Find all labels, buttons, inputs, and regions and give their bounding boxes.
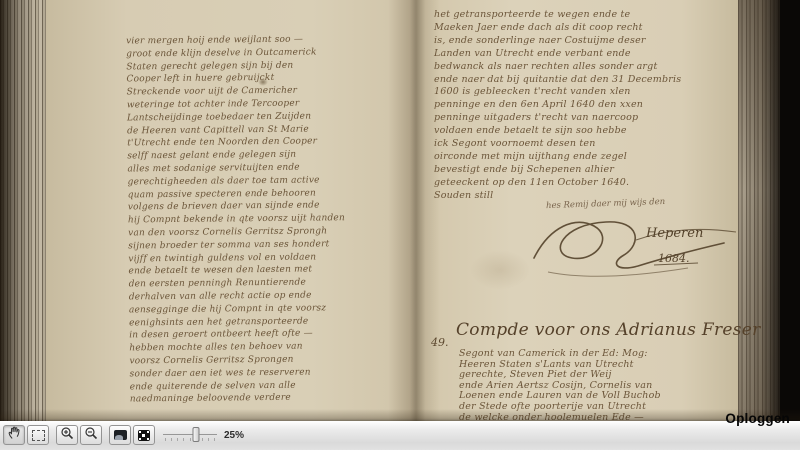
left-page-handwriting: vier mergen hoij ende weijlant soo —groo…	[126, 33, 402, 407]
book-left-fore-edge	[0, 0, 46, 421]
handwriting-line: geteeckent op den 11en October 1640.	[434, 177, 740, 190]
fit-icon	[138, 430, 150, 441]
handwriting-line: Segont van Camerick in der Ed: Mog:	[459, 349, 745, 360]
zoom-slider-thumb[interactable]	[193, 427, 200, 442]
snapshot-button[interactable]	[109, 425, 131, 445]
right-page-handwriting-lower: Segont van Camerick in der Ed: Mog:Heere…	[459, 349, 745, 423]
signature-year: 1684.	[658, 252, 690, 265]
handwriting-line: 1600 is gebleecken t'recht vanden xlen	[434, 86, 740, 99]
handwriting-line: oirconde met mijn uijthang ende zegel	[434, 151, 740, 164]
hand-icon	[7, 425, 22, 445]
pan-tool-button[interactable]	[3, 425, 25, 445]
select-region-button[interactable]	[27, 425, 49, 445]
handwriting-line: het getransporteerde te wegen ende te	[434, 9, 740, 22]
viewer-window: vier mergen hoij ende weijlant soo —groo…	[0, 0, 800, 450]
handwriting-line: ick Segont voornoemt desen ten	[434, 138, 740, 151]
zoom-in-button[interactable]	[56, 425, 78, 445]
fit-screen-button[interactable]	[133, 425, 155, 445]
handwriting-line: bevestigt ende bij Schepenen alhier	[434, 164, 740, 177]
background-void	[780, 0, 800, 421]
zoom-out-button[interactable]	[80, 425, 102, 445]
zoom-slider-ticks	[165, 438, 215, 441]
marquee-icon	[32, 430, 45, 441]
handwriting-line: penninge en den 6en April 1640 den xxen	[434, 99, 740, 112]
handwriting-line: der Stede ofte poorterije van Utrecht	[459, 402, 745, 413]
zoom-slider[interactable]	[163, 425, 217, 445]
magnifier-plus-icon	[60, 426, 74, 445]
signature-flourish: Heperen 1684.	[518, 210, 750, 295]
magnifier-minus-icon	[84, 426, 98, 445]
manuscript-canvas[interactable]: vier mergen hoij ende weijlant soo —groo…	[0, 0, 800, 421]
handwriting-line: voldaen ende betaelt te sijn soo hebbe	[434, 125, 740, 138]
entry-heading: Compde voor ons Adrianus Freser	[456, 320, 746, 340]
zoom-level-label: 25%	[224, 430, 244, 441]
viewer-bottom-bar: 25%	[0, 421, 800, 450]
handwriting-line: Landen van Utrecht ende verbant ende	[434, 48, 740, 61]
photo-icon	[114, 430, 127, 440]
handwriting-line: penninge uitgaders t'recht van naercoop	[434, 112, 740, 125]
entry-number: 49.	[431, 336, 449, 349]
handwriting-line: Maeken Jaer ende dach als dit coop recht	[434, 22, 740, 35]
zoom-slider-track	[163, 434, 217, 435]
handwriting-line: bedwanck als naer rechten alles sonder a…	[434, 61, 740, 74]
viewer-toolbar: 25%	[3, 425, 244, 445]
handwriting-line: is, ende sonderlinge naer Costuijme dese…	[434, 35, 740, 48]
handwriting-line: ende naer dat bij quitantie dat den 31 D…	[434, 74, 740, 87]
logout-link[interactable]: Oploggen	[725, 411, 790, 426]
signature-name: Heperen	[645, 226, 703, 241]
right-page-handwriting-upper: het getransporteerde te wegen ende teMae…	[434, 9, 740, 203]
